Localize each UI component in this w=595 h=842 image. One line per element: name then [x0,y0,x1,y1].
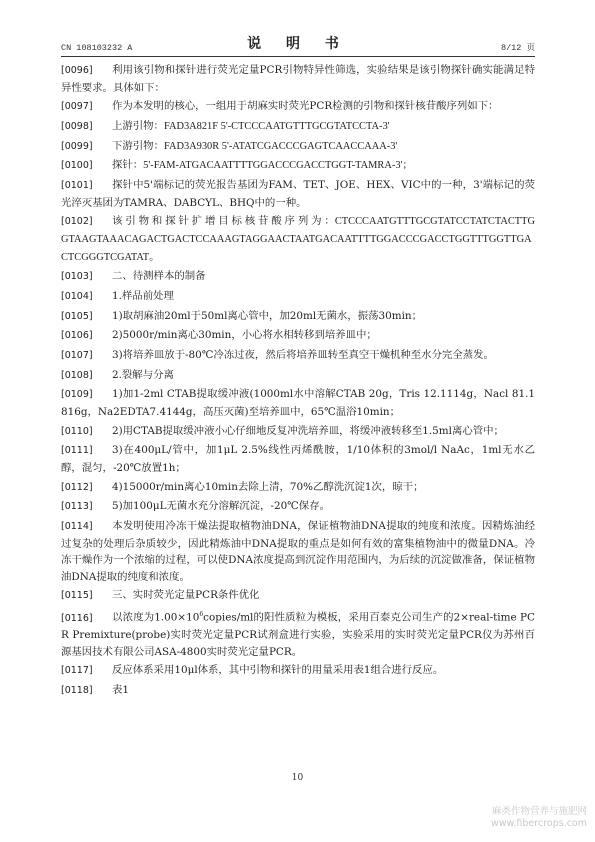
paragraph-number: [0100] [61,158,112,175]
paragraph-text: 1)取胡麻油20ml于50ml离心管中，加20ml无菌水，振荡30min； [112,310,422,322]
page-indicator: 8/12 页 [501,41,535,53]
paragraph-0102: [0102]该 引 物 和 探 针 扩 增 目 标 核 苷 酸 序 列 为 ：C… [61,213,535,266]
table-caption: 表1 [112,684,129,696]
probe-sequence: 探针：5'-FAM-ATGACAATTTTGGACCCGACCTGGT-TAMR… [112,160,413,171]
target-sequence: 该 引 物 和 探 针 扩 增 目 标 核 苷 酸 序 列 为 ：CTCCCAA… [61,216,535,262]
paragraph-number: [0103] [61,269,112,286]
paragraph-0099: [0099]下游引物：FAD3A930R 5'-ATATCGACCCGAGTCA… [61,138,535,156]
paragraph-number: [0109] [61,387,112,404]
document-title: 说 明 书 [61,33,535,53]
paragraph-text: 反应体系采用10μl体系，其中引物和探针的用量采用表1组合进行反应。 [112,664,443,676]
paragraph-number: [0114] [61,519,112,536]
paragraph-0104: [0104]1.样品前处理 [61,288,535,306]
paragraph-0101: [0101]探针中5'端标记的荧光报告基团为FAM、TET、JOE、HEX、VI… [61,177,535,211]
paragraph-number: [0116] [61,611,112,628]
document-body: [0096]利用该引物和探针进行荧光定量PCR引物特异性筛选，实验结果是该引物探… [61,62,535,702]
paragraph-number: [0099] [61,139,112,156]
paragraph-text: 利用该引物和探针进行荧光定量PCR引物特异性筛选，实验结果是该引物探针确实能满足… [61,64,535,94]
paragraph-number: [0102] [61,214,112,231]
paragraph-number: [0105] [61,309,112,326]
subsection-heading: 2.裂解与分离 [112,369,174,381]
paragraph-number: [0111] [61,443,112,460]
paragraph-0098: [0098]上游引物：FAD3A821F 5'-CTCCCAATGTTTGCGT… [61,118,535,136]
reverse-primer: 下游引物：FAD3A930R 5'-ATATCGACCCGAGTCAACCAAA… [112,141,397,152]
paragraph-number: [0106] [61,328,112,345]
paragraph-0118: [0118]表1 [61,682,535,700]
paragraph-text: 2)用CTAB提取缓冲液小心仔细地反复冲洗培养皿，将缓冲液转移至1.5ml离心管… [112,425,504,437]
watermark: 麻类作物营养与施肥网 www.fibercrops.com [491,806,587,830]
paragraph-text: 1)加1-2ml CTAB提取缓冲液(1000ml水中溶解CTAB 20g，Tr… [61,388,535,418]
paragraph-text: 以浓度为1.00×10 [112,612,199,624]
paragraph-text: 作为本发明的核心，一组用于胡麻实时荧光PCR检测的引物和探针核苷酸序列如下： [112,100,498,112]
paragraph-text: 本发明使用冷冻干燥法提取植物油DNA，保证植物油DNA提取的纯度和浓度。因精炼油… [61,520,535,583]
paragraph-number: [0104] [61,289,112,306]
paragraph-number: [0115] [61,588,112,605]
paragraph-number: [0101] [61,178,112,195]
paragraph-0105: [0105]1)取胡麻油20ml于50ml离心管中，加20ml无菌水，振荡30m… [61,308,535,326]
paragraph-0106: [0106]2)5000r/min离心30min，小心将水相转移到培养皿中； [61,327,535,345]
paragraph-0117: [0117]反应体系采用10μl体系，其中引物和探针的用量采用表1组合进行反应。 [61,662,535,680]
paragraph-text: 3)将培养皿放于-80℃冷冻过夜，然后将培养皿转至真空干燥机种至水分完全蒸发。 [112,349,494,361]
paragraph-number: [0098] [61,119,112,136]
paragraph-text: 5)加100μL无菌水充分溶解沉淀，-20℃保存。 [112,500,330,512]
paragraph-0114: [0114]本发明使用冷冻干燥法提取植物油DNA，保证植物油DNA提取的纯度和浓… [61,518,535,585]
paragraph-0116: [0116]以浓度为1.00×106copies/ml的阳性质粒为模板，采用百泰… [61,607,535,660]
paragraph-0097: [0097]作为本发明的核心，一组用于胡麻实时荧光PCR检测的引物和探针核苷酸序… [61,98,535,116]
paragraph-0096: [0096]利用该引物和探针进行荧光定量PCR引物特异性筛选，实验结果是该引物探… [61,62,535,96]
page-number: 10 [0,773,595,783]
paragraph-text: 探针中5'端标记的荧光报告基团为FAM、TET、JOE、HEX、VIC中的一种，… [61,179,535,209]
page-header: CN 108103232 A 说 明 书 8/12 页 [61,30,535,57]
paragraph-0103: [0103]二、待测样本的制备 [61,268,535,286]
section-heading: 三、实时荧光定量PCR条件优化 [112,589,259,601]
paragraph-number: [0107] [61,348,112,365]
paragraph-0109: [0109]1)加1-2ml CTAB提取缓冲液(1000ml水中溶解CTAB … [61,386,535,420]
paragraph-number: [0113] [61,499,112,516]
paragraph-number: [0110] [61,424,112,441]
paragraph-number: [0108] [61,368,112,385]
paragraph-0115: [0115]三、实时荧光定量PCR条件优化 [61,587,535,605]
paragraph-number: [0096] [61,63,112,80]
paragraph-0111: [0111]3)在400μL/管中，加1μL 2.5%线性丙烯酰胺，1/10体积… [61,442,535,476]
paragraph-0113: [0113]5)加100μL无菌水充分溶解沉淀，-20℃保存。 [61,498,535,516]
section-heading: 二、待测样本的制备 [112,270,206,282]
subsection-heading: 1.样品前处理 [112,290,174,302]
watermark-url: www.fibercrops.com [491,818,587,830]
paragraph-text: 4)15000r/min离心10min去除上清，70%乙醇洗沉淀1次，晾干； [112,481,424,493]
paragraph-0100: [0100]探针：5'-FAM-ATGACAATTTTGGACCCGACCTGG… [61,157,535,175]
paragraph-0110: [0110]2)用CTAB提取缓冲液小心仔细地反复冲洗培养皿，将缓冲液转移至1.… [61,423,535,441]
paragraph-0107: [0107]3)将培养皿放于-80℃冷冻过夜，然后将培养皿转至真空干燥机种至水分… [61,347,535,365]
paragraph-text: 3)在400μL/管中，加1μL 2.5%线性丙烯酰胺，1/10体积的3mol/… [61,444,535,474]
paragraph-0108: [0108]2.裂解与分离 [61,367,535,385]
paragraph-number: [0112] [61,480,112,497]
paragraph-number: [0117] [61,663,112,680]
paragraph-text: 2)5000r/min离心30min，小心将水相转移到培养皿中； [112,329,377,341]
forward-primer: 上游引物：FAD3A821F 5'-CTCCCAATGTTTGCGTATCCTA… [112,121,390,132]
paragraph-0112: [0112]4)15000r/min离心10min去除上清，70%乙醇洗沉淀1次… [61,479,535,497]
paragraph-number: [0118] [61,683,112,700]
paragraph-number: [0097] [61,99,112,116]
watermark-site-name: 麻类作物营养与施肥网 [491,806,587,818]
